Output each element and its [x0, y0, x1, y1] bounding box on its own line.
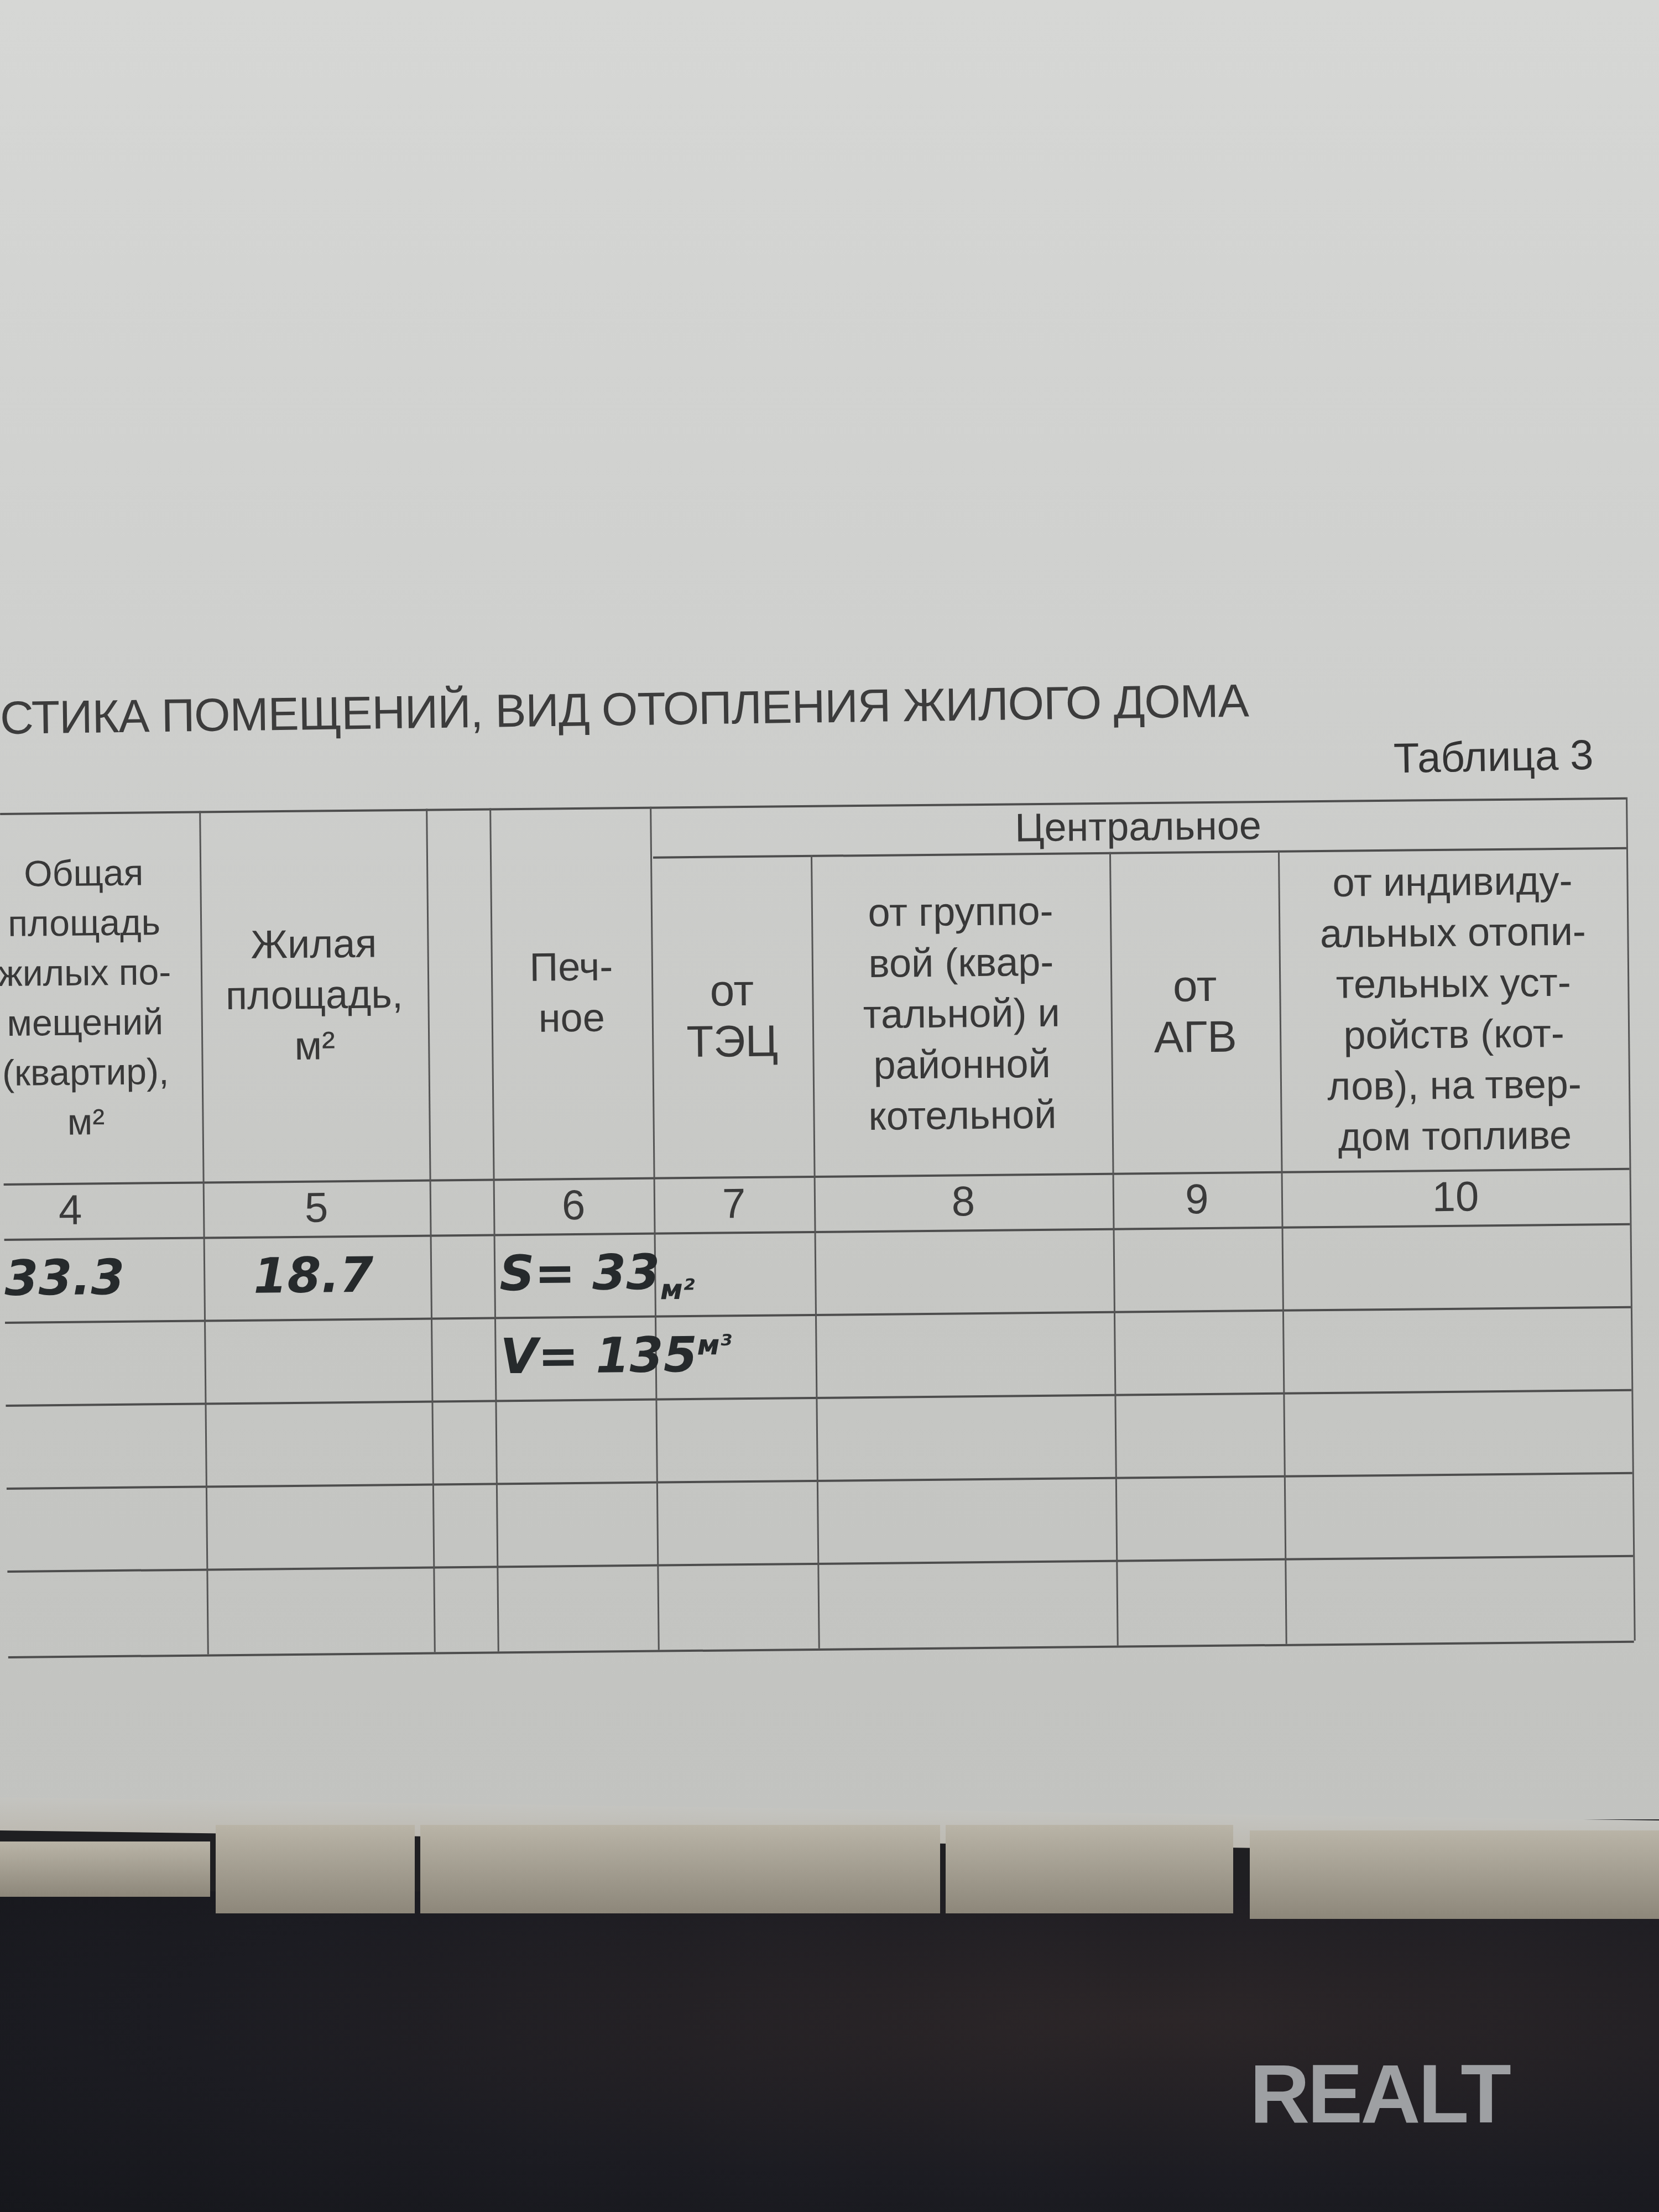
total-area-value: 33.3 [4, 1249, 125, 1307]
table-label: Таблица 3 [1393, 731, 1594, 782]
group-header-central: Центральное [650, 797, 1626, 857]
page-stack [420, 1825, 940, 1913]
stove-area-value: S= 33 [499, 1244, 660, 1302]
column-number: 8 [814, 1173, 1113, 1231]
realt-watermark-logo: REALT [1250, 2046, 1509, 2142]
column-number: 7 [654, 1176, 815, 1233]
page-stack [216, 1825, 415, 1913]
stove-volume-note: V= 135м³ [500, 1326, 732, 1385]
column-number: 5 [203, 1180, 430, 1237]
column-number: 9 [1113, 1171, 1282, 1228]
living-area-value: 18.7 [253, 1246, 374, 1305]
stove-area-unit: м² [660, 1274, 695, 1306]
header-agv: от АГВ [1109, 851, 1281, 1173]
page-stack [946, 1825, 1233, 1913]
heating-table: Центральное Общая площадь жилых по- меще… [0, 786, 1640, 1653]
column-number: 4 [4, 1182, 137, 1239]
column-number: 10 [1281, 1168, 1630, 1227]
stove-volume-value: V= 135 [500, 1326, 697, 1385]
header-chp: от ТЭЦ [650, 855, 814, 1177]
header-group-boiler: от группо- вой (квар- тальной) и районно… [811, 852, 1113, 1176]
header-living-area: Жилая площадь, м² [199, 809, 429, 1182]
column-number: 6 [493, 1177, 654, 1234]
stove-volume-unit: м³ [697, 1329, 732, 1361]
row-line [7, 1555, 1633, 1573]
stove-area-note: S= 33м² [499, 1243, 695, 1307]
row-line [7, 1472, 1632, 1490]
header-total-area: Общая площадь жилых по- мещений (квартир… [0, 811, 203, 1184]
page-stack [1250, 1830, 1659, 1919]
page-stack [0, 1841, 210, 1897]
header-individual-boilers: от индивиду- альных отопи- тельных уст- … [1278, 847, 1630, 1171]
row-line [6, 1389, 1631, 1407]
row-line [5, 1306, 1631, 1324]
header-stove: Печ- ное [489, 807, 653, 1179]
